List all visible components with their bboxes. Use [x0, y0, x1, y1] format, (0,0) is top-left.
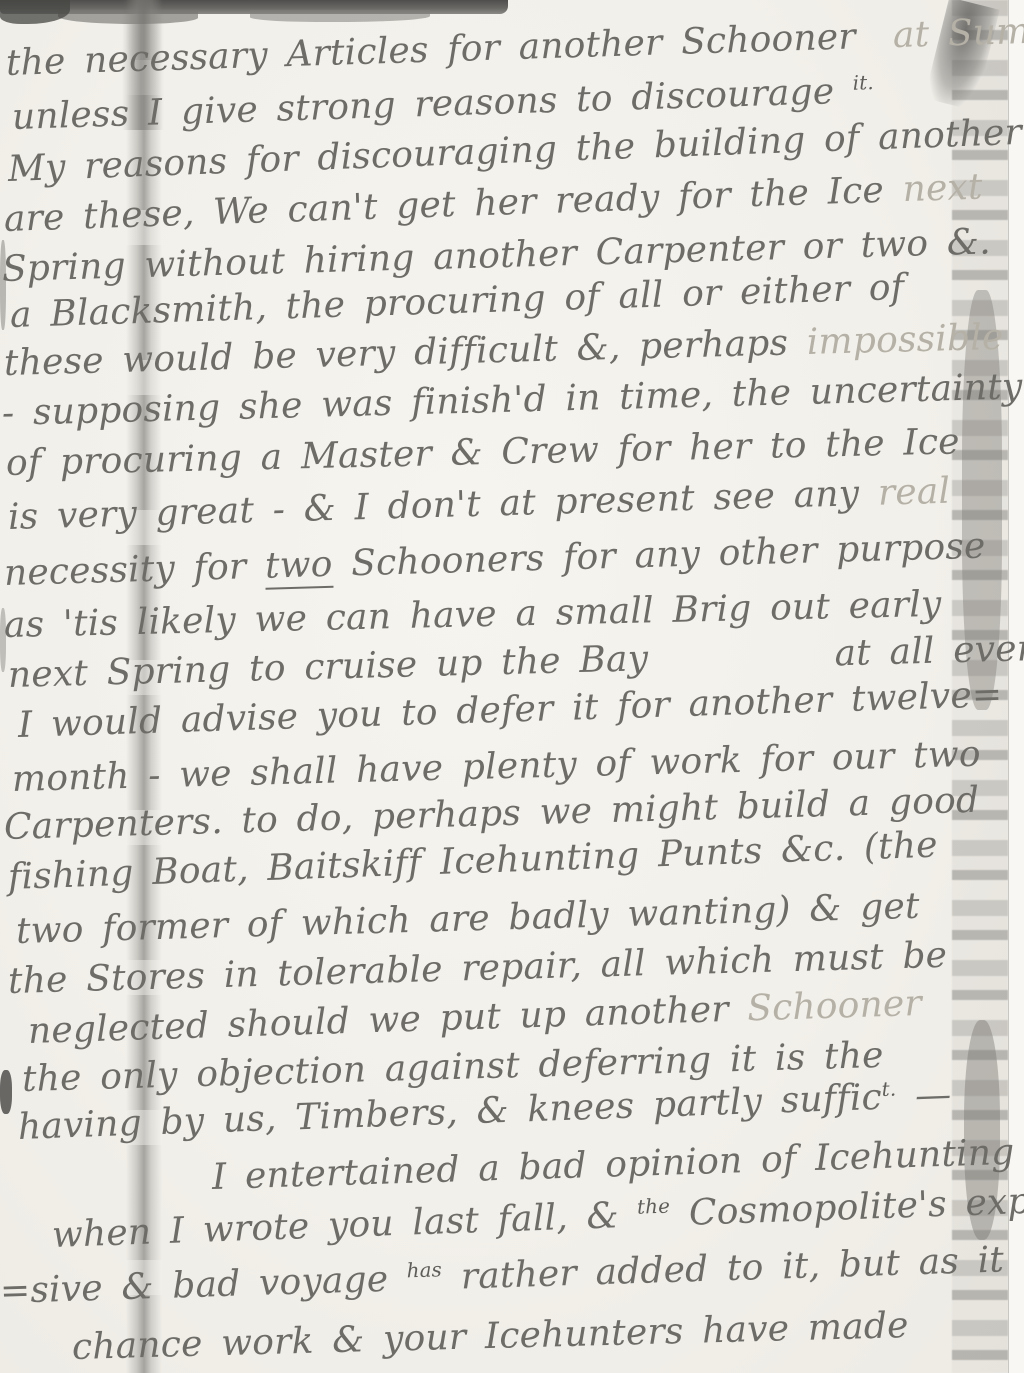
manuscript-line-26: chance work & your Icehunters have made — [71, 1306, 909, 1367]
top-left-corner-stain — [0, 0, 70, 24]
handwritten-text-faded: Schooner — [728, 983, 923, 1030]
handwritten-text: — — [896, 1074, 952, 1117]
handwritten-underlined-word: two — [264, 544, 333, 590]
handwritten-text: =sive & bad voyage — [0, 1258, 408, 1312]
handwritten-superscript: has — [406, 1258, 442, 1282]
handwritten-text-faded: impossible — [788, 317, 1004, 364]
handwritten-superscript: the — [637, 1195, 671, 1219]
handwritten-text-faded: next — [883, 167, 983, 211]
handwritten-text: Schooners for any other purpose — [332, 526, 986, 585]
left-edge-ink-speck — [0, 1070, 12, 1114]
top-torn-edge-blob — [250, 10, 430, 22]
handwritten-superscript: it. — [852, 71, 874, 95]
manuscript-page: the necessary Articles for another Schoo… — [0, 0, 1024, 1373]
handwritten-text-faded: real — [859, 471, 951, 515]
handwritten-text: chance work & your Icehunters have made — [71, 1305, 909, 1368]
handwritten-superscript: t. — [881, 1077, 896, 1100]
handwritten-text-faded: at Sum. — [855, 10, 1024, 57]
handwritten-text: necessity for — [3, 546, 265, 594]
handwritten-text: rather added to it, but as it is — [442, 1238, 1024, 1298]
